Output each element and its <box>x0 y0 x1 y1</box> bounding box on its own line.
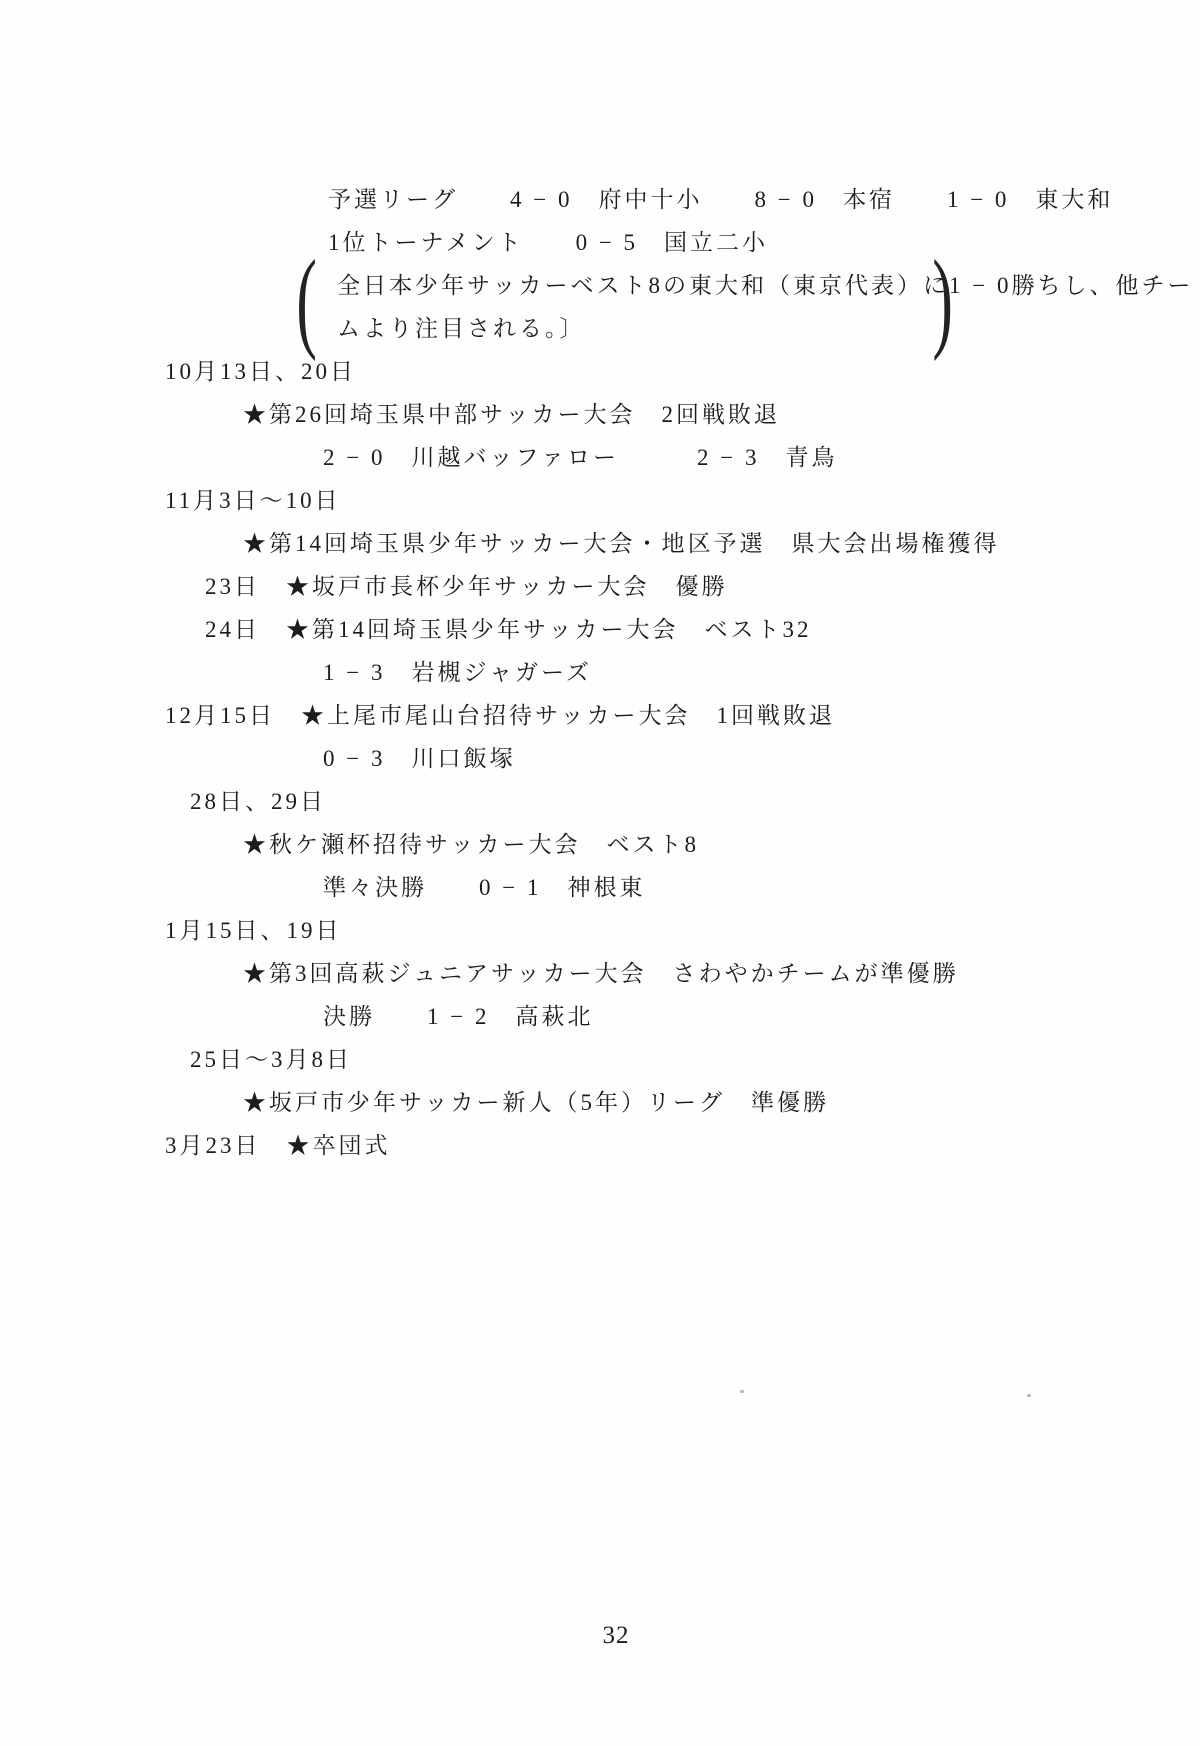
report-line-event: ★第3回高萩ジュニアサッカー大会 さわやかチームが準優勝 <box>0 952 1200 995</box>
report-body: 予選リーグ 4 − 0 府中十小 8 − 0 本宿 1 − 0 東大和1位トーナ… <box>0 178 1200 1167</box>
report-line-day2: 25日〜3月8日 <box>0 1038 1200 1081</box>
scan-speck <box>740 1390 744 1393</box>
report-line-date: 10月13日、20日 <box>0 350 1200 393</box>
report-line-day2: 28日、29日 <box>0 780 1200 823</box>
report-line-score: 0 − 3 川口飯塚 <box>0 737 1200 780</box>
report-line-event: ★秋ケ瀬杯招待サッカー大会 ベスト8 <box>0 823 1200 866</box>
report-line-score: 1 − 3 岩槻ジャガーズ <box>0 651 1200 694</box>
report-line-day: 24日 ★第14回埼玉県少年サッカー大会 ベスト32 <box>0 608 1200 651</box>
report-line-event: ★坂戸市少年サッカー新人（5年）リーグ 準優勝 <box>0 1081 1200 1124</box>
document-page: ( ) 予選リーグ 4 − 0 府中十小 8 − 0 本宿 1 − 0 東大和1… <box>0 0 1200 1746</box>
report-line-date: 12月15日 ★上尾市尾山台招待サッカー大会 1回戦敗退 <box>0 694 1200 737</box>
scan-speck <box>1027 1394 1031 1397</box>
report-line-score: 2 − 0 川越バッファロー 2 − 3 青鳥 <box>0 436 1200 479</box>
report-line-event: ★第26回埼玉県中部サッカー大会 2回戦敗退 <box>0 393 1200 436</box>
report-line-score: 決勝 1 − 2 高萩北 <box>0 995 1200 1038</box>
report-line-date: 1月15日、19日 <box>0 909 1200 952</box>
report-line-event: ★第14回埼玉県少年サッカー大会・地区予選 県大会出場権獲得 <box>0 522 1200 565</box>
page-number: 32 <box>0 1622 1200 1650</box>
report-line-note: ムより注目される。〕 <box>0 307 1200 350</box>
report-line-result: 予選リーグ 4 − 0 府中十小 8 − 0 本宿 1 − 0 東大和 <box>0 178 1200 221</box>
report-line-result: 1位トーナメント 0 − 5 国立二小 <box>0 221 1200 264</box>
report-line-date: 11月3日〜10日 <box>0 479 1200 522</box>
report-line-score: 準々決勝 0 − 1 神根東 <box>0 866 1200 909</box>
report-line-note: 全日本少年サッカーベスト8の東大和（東京代表）に1 − 0勝ちし、他チー <box>0 264 1200 307</box>
report-line-day: 23日 ★坂戸市長杯少年サッカー大会 優勝 <box>0 565 1200 608</box>
report-line-date: 3月23日 ★卒団式 <box>0 1124 1200 1167</box>
